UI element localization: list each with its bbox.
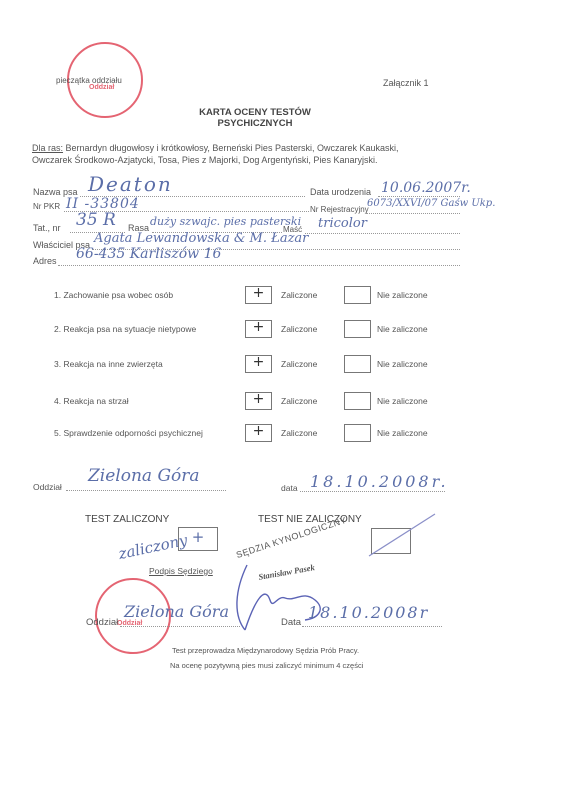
test-label: 1. Zachowanie psa wobec osób (54, 290, 173, 300)
footer-branch-value[interactable]: Zielona Góra (124, 602, 229, 621)
color-value[interactable]: tricolor (318, 216, 367, 231)
fail-checkbox[interactable] (344, 320, 371, 338)
branch-line (66, 490, 226, 491)
fail-label: Nie zaliczone (377, 290, 428, 300)
plus-mark-icon: + (246, 285, 271, 301)
footer-date-line (302, 626, 442, 627)
pass-checkbox[interactable]: + (245, 424, 272, 442)
stamp-text: Oddział (89, 84, 114, 91)
judge-signature-label: Podpis Sędziego (149, 566, 213, 576)
pass-checkbox[interactable]: + (245, 392, 272, 410)
pass-checkbox[interactable]: + (245, 320, 272, 338)
registry-label: Nr Rejestracyjny (310, 205, 369, 214)
pkr-label: Nr PKR (33, 202, 60, 211)
branch-date-value[interactable]: 18.10.2008r. (310, 472, 449, 491)
passed-handwriting: zaliczony (117, 531, 189, 563)
fail-checkbox[interactable] (344, 355, 371, 373)
birth-date-line (378, 196, 460, 197)
plus-mark-icon: + (246, 319, 271, 335)
document-title: KARTA OCENY TESTÓW PSYCHICZNYCH (155, 107, 355, 129)
branch-date-label: data (281, 483, 298, 493)
branch-value[interactable]: Zielona Góra (88, 466, 200, 486)
strike-line-icon (365, 510, 445, 560)
breeds-text: Dla ras: Bernardyn długowłosy i krótkowł… (32, 142, 398, 166)
judge-signature-icon (225, 560, 335, 635)
plus-mark-icon: + (246, 354, 271, 370)
color-line (305, 233, 460, 234)
pass-label: Zaliczone (281, 396, 317, 406)
fail-label: Nie zaliczone (377, 324, 428, 334)
stamp-label: pieczątka oddziału (56, 76, 122, 85)
breeds-line-1: Bernardyn długowłosy i krótkowłosy, Bern… (63, 143, 398, 153)
note-line-2: Na ocenę pozytywną pies musi zaliczyć mi… (170, 661, 363, 670)
pass-label: Zaliczone (281, 428, 317, 438)
birth-date-label: Data urodzenia (310, 187, 371, 197)
fail-label: Nie zaliczone (377, 359, 428, 369)
title-line-2: PSYCHICZNYCH (155, 118, 355, 129)
annex-label: Załącznik 1 (383, 78, 429, 88)
test-label: 5. Sprawdzenie odporności psychicznej (54, 428, 203, 438)
fail-checkbox[interactable] (344, 424, 371, 442)
registry-value[interactable]: 6073/XXVI/07 Gaśw Ukp. (367, 198, 495, 209)
dog-name-value[interactable]: Deaton (88, 172, 173, 196)
address-value[interactable]: 66-435 Karliszów 16 (76, 246, 221, 262)
fail-label: Nie zaliczone (377, 428, 428, 438)
pass-label: Zaliczone (281, 290, 317, 300)
title-line-1: KARTA OCENY TESTÓW (155, 107, 355, 118)
test-passed-label: TEST ZALICZONY (85, 514, 169, 525)
branch-date-line (300, 491, 445, 492)
footer-date-value[interactable]: 18.10.2008r (308, 603, 429, 622)
footer-branch-label: Oddział (86, 617, 118, 628)
birth-date-value[interactable]: 10.06.2007r. (381, 180, 471, 196)
pass-label: Zaliczone (281, 359, 317, 369)
test-label: 3. Reakcja na inne zwierzęta (54, 359, 163, 369)
pass-checkbox[interactable]: + (245, 355, 272, 373)
branch-label: Oddział (33, 482, 62, 492)
pass-checkbox[interactable]: + (245, 286, 272, 304)
footer-branch-line (120, 626, 240, 627)
fail-label: Nie zaliczone (377, 396, 428, 406)
address-label: Adres (33, 256, 57, 266)
test-label: 4. Reakcja na strzał (54, 396, 129, 406)
breeds-line-2: Owczarek Środkowo-Azjatycki, Tosa, Pies … (32, 154, 398, 166)
pass-label: Zaliczone (281, 324, 317, 334)
owner-value[interactable]: Agata Lewandowska & M. Łazar (94, 231, 308, 246)
test-label: 2. Reakcja psa na sytuacje nietypowe (54, 324, 196, 334)
fail-checkbox[interactable] (344, 392, 371, 410)
registry-line (366, 213, 460, 214)
breeds-label: Dla ras: (32, 143, 63, 153)
footer-date-label: Data (281, 617, 301, 628)
fail-checkbox[interactable] (344, 286, 371, 304)
address-line (58, 265, 460, 266)
plus-mark-icon: + (246, 391, 271, 407)
tattoo-value[interactable]: 35 R (76, 210, 116, 230)
plus-mark-icon: + (246, 423, 271, 439)
breed-value[interactable]: duży szwajc. pies pasterski (150, 215, 301, 228)
note-line-1: Test przeprowadza Międzynarodowy Sędzia … (172, 646, 359, 655)
tattoo-label: Tat., nr (33, 223, 61, 233)
